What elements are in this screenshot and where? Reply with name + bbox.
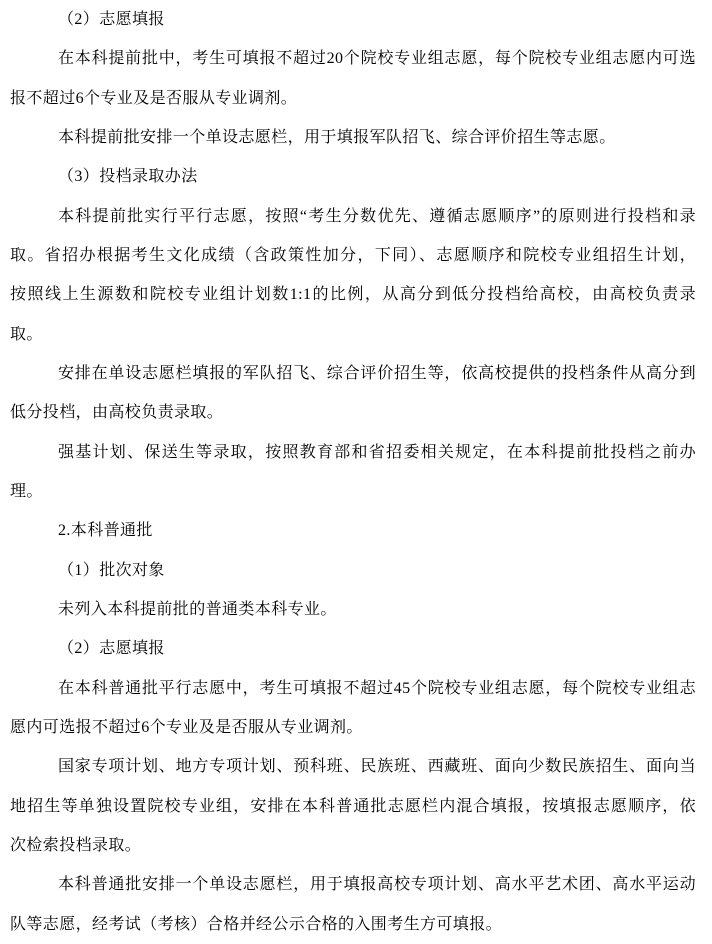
paragraph: 本科提前批安排一个单设志愿栏，用于填报军队招飞、综合评价招生等志愿。 — [10, 118, 696, 157]
text-line: 强基计划、保送生等录取，按照教育部和省招委相关规定，在本科提前批投档之前办 — [10, 433, 696, 472]
text-line: 理。 — [10, 472, 696, 511]
text-line: 本科提前批实行平行志愿，按照“考生分数优先、遵循志愿顺序”的原则进行投档和录 — [10, 197, 696, 236]
paragraph: 本科普通批安排一个单设志愿栏，用于填报高校专项计划、高水平艺术团、高水平运动 队… — [10, 865, 696, 944]
text-line: 低分投档，由高校负责录取。 — [10, 393, 696, 432]
text-line: 本科普通批安排一个单设志愿栏，用于填报高校专项计划、高水平艺术团、高水平运动 — [10, 865, 696, 904]
text-line: （3）投档录取办法 — [10, 157, 696, 196]
paragraph: 2.本科普通批 — [10, 511, 696, 550]
text-line: 愿内可选报不超过6个专业及是否服从专业调剂。 — [10, 708, 696, 747]
text-line: 报不超过6个专业及是否服从专业调剂。 — [10, 79, 696, 118]
paragraph: 未列入本科提前批的普通类本科专业。 — [10, 590, 696, 629]
paragraph: 安排在单设志愿栏填报的军队招飞、综合评价招生等，依高校提供的投档条件从高分到 低… — [10, 354, 696, 433]
text-line: （1）批次对象 — [10, 551, 696, 590]
text-line: 队等志愿，经考试（考核）合格并经公示合格的入围考生方可填报。 — [10, 905, 696, 944]
paragraph: （1）批次对象 — [10, 551, 696, 590]
paragraph: 在本科普通批平行志愿中，考生可填报不超过45个院校专业组志愿，每个院校专业组志 … — [10, 669, 696, 748]
paragraph: （3）投档录取办法 — [10, 157, 696, 196]
text-line: 地招生等单独设置院校专业组，安排在本科普通批志愿栏内混合填报，按填报志愿顺序，依 — [10, 787, 696, 826]
text-line: 在本科提前批中，考生可填报不超过20个院校专业组志愿，每个院校专业组志愿内可选 — [10, 39, 696, 78]
text-line: 本科提前批安排一个单设志愿栏，用于填报军队招飞、综合评价招生等志愿。 — [10, 118, 696, 157]
text-line: 在本科普通批平行志愿中，考生可填报不超过45个院校专业组志愿，每个院校专业组志 — [10, 669, 696, 708]
paragraph: 本科提前批实行平行志愿，按照“考生分数优先、遵循志愿顺序”的原则进行投档和录 取… — [10, 197, 696, 354]
text-line: 未列入本科提前批的普通类本科专业。 — [10, 590, 696, 629]
text-line: 安排在单设志愿栏填报的军队招飞、综合评价招生等，依高校提供的投档条件从高分到 — [10, 354, 696, 393]
paragraph: （2）志愿填报 — [10, 629, 696, 668]
document-page: （2）志愿填报 在本科提前批中，考生可填报不超过20个院校专业组志愿，每个院校专… — [0, 0, 712, 944]
paragraph: 在本科提前批中，考生可填报不超过20个院校专业组志愿，每个院校专业组志愿内可选 … — [10, 39, 696, 118]
text-line: 取。 — [10, 315, 696, 354]
text-line: 国家专项计划、地方专项计划、预科班、民族班、西藏班、面向少数民族招生、面向当 — [10, 747, 696, 786]
text-line: 按照线上生源数和院校专业组计划数1:1的比例，从高分到低分投档给高校，由高校负责… — [10, 275, 696, 314]
paragraph: 强基计划、保送生等录取，按照教育部和省招委相关规定，在本科提前批投档之前办 理。 — [10, 433, 696, 512]
text-line: （2）志愿填报 — [10, 0, 696, 39]
text-line: 取。省招办根据考生文化成绩（含政策性加分，下同）、志愿顺序和院校专业组招生计划， — [10, 236, 696, 275]
text-line: 次检索投档录取。 — [10, 826, 696, 865]
paragraph: （2）志愿填报 — [10, 0, 696, 39]
text-line: 2.本科普通批 — [10, 511, 696, 550]
paragraph: 国家专项计划、地方专项计划、预科班、民族班、西藏班、面向少数民族招生、面向当 地… — [10, 747, 696, 865]
text-line: （2）志愿填报 — [10, 629, 696, 668]
